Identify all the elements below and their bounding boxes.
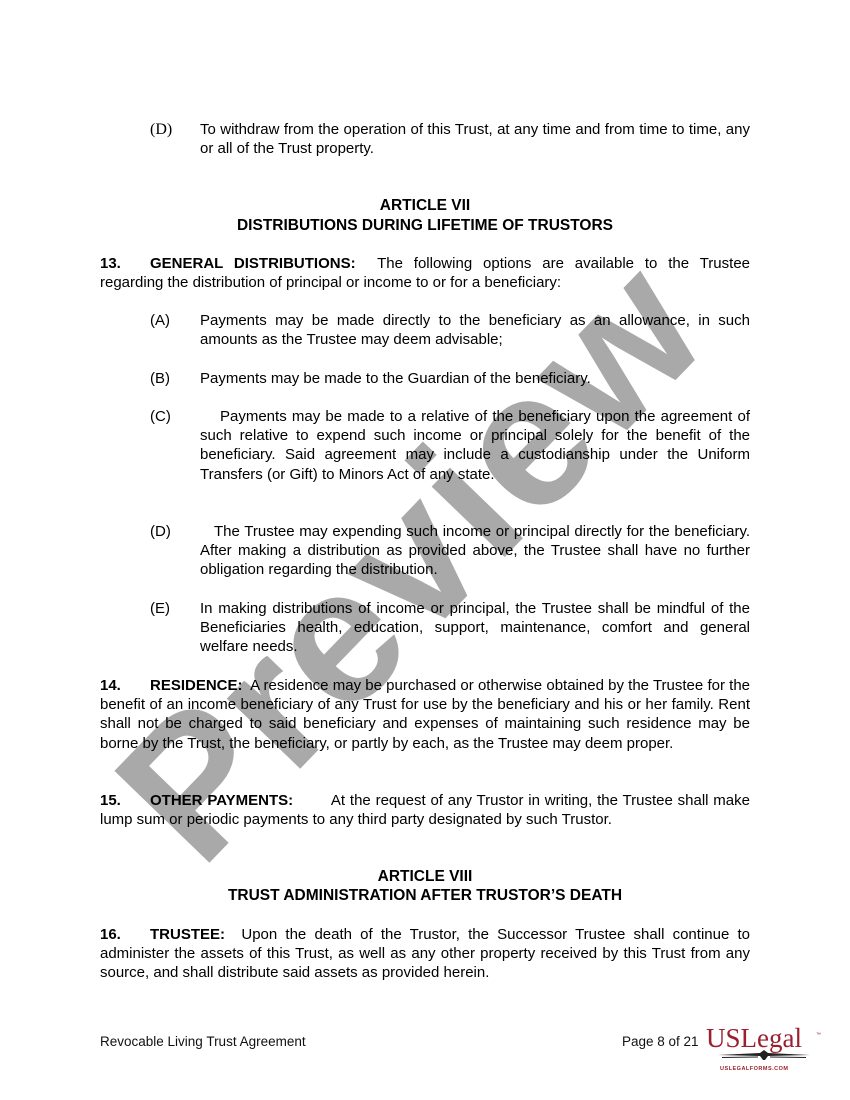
- section-heading: GENERAL DISTRIBUTIONS:: [150, 255, 356, 272]
- list-item-e: (E) In making distributions of income or…: [150, 599, 750, 657]
- list-item-d: (D) The Trustee may expending such incom…: [150, 522, 750, 580]
- section-heading: RESIDENCE:: [150, 677, 243, 694]
- item-label: (A): [150, 311, 200, 330]
- list-item-withdraw: (D) To withdraw from the operation of th…: [150, 120, 750, 158]
- section-16: 16.TRUSTEE: Upon the death of the Trusto…: [100, 925, 750, 983]
- item-text: Payments may be made to the Guardian of …: [200, 369, 750, 388]
- item-label: (D): [150, 120, 200, 139]
- list-item-b: (B) Payments may be made to the Guardian…: [150, 369, 750, 388]
- item-text-wrap: Payments may be made to a relative of th…: [200, 407, 750, 484]
- eagle-icon: [716, 1050, 812, 1060]
- article-viii-title: ARTICLE VIII: [100, 867, 750, 887]
- item-text: Payments may be made directly to the ben…: [200, 311, 750, 349]
- page-content: (D) To withdraw from the operation of th…: [0, 0, 850, 1100]
- section-number: 15.: [100, 791, 150, 810]
- article-viii-subtitle: TRUST ADMINISTRATION AFTER TRUSTOR’S DEA…: [100, 886, 750, 906]
- item-text: To withdraw from the operation of this T…: [200, 120, 750, 158]
- section-heading: OTHER PAYMENTS:: [150, 792, 293, 809]
- list-item-c: (C) Payments may be made to a relative o…: [150, 407, 750, 484]
- item-text: Payments may be made to a relative of th…: [200, 408, 750, 483]
- section-14: 14.RESIDENCE: A residence may be purchas…: [100, 676, 750, 753]
- footer-page-number: Page 8 of 21: [622, 1032, 699, 1051]
- section-heading: TRUSTEE:: [150, 926, 225, 943]
- item-text: In making distributions of income or pri…: [200, 599, 750, 657]
- document-page: Preview (D) To withdraw from the operati…: [0, 0, 850, 1100]
- section-number: 13.: [100, 254, 150, 273]
- item-label: (C): [150, 407, 200, 426]
- logo-url: USLEGALFORMS.COM: [720, 1060, 789, 1079]
- item-label: (D): [150, 522, 200, 541]
- item-label: (E): [150, 599, 200, 618]
- logo-wordmark: USLegal: [706, 1024, 802, 1052]
- article-vii-subtitle: DISTRIBUTIONS DURING LIFETIME OF TRUSTOR…: [100, 216, 750, 236]
- section-number: 14.: [100, 676, 150, 695]
- section-number: 16.: [100, 925, 150, 944]
- section-13: 13.GENERAL DISTRIBUTIONS: The following …: [100, 254, 750, 292]
- item-text: The Trustee may expending such income or…: [200, 523, 750, 578]
- article-vii-title: ARTICLE VII: [100, 196, 750, 216]
- footer-document-title: Revocable Living Trust Agreement: [100, 1032, 306, 1051]
- logo-trademark: ™: [816, 1026, 821, 1045]
- section-15: 15.OTHER PAYMENTS: At the request of any…: [100, 791, 750, 829]
- uslegal-logo[interactable]: USLegal ™ USLEGALFORMS.COM: [706, 1024, 822, 1070]
- item-label: (B): [150, 369, 200, 388]
- item-text-wrap: The Trustee may expending such income or…: [200, 522, 750, 580]
- list-item-a: (A) Payments may be made directly to the…: [150, 311, 750, 349]
